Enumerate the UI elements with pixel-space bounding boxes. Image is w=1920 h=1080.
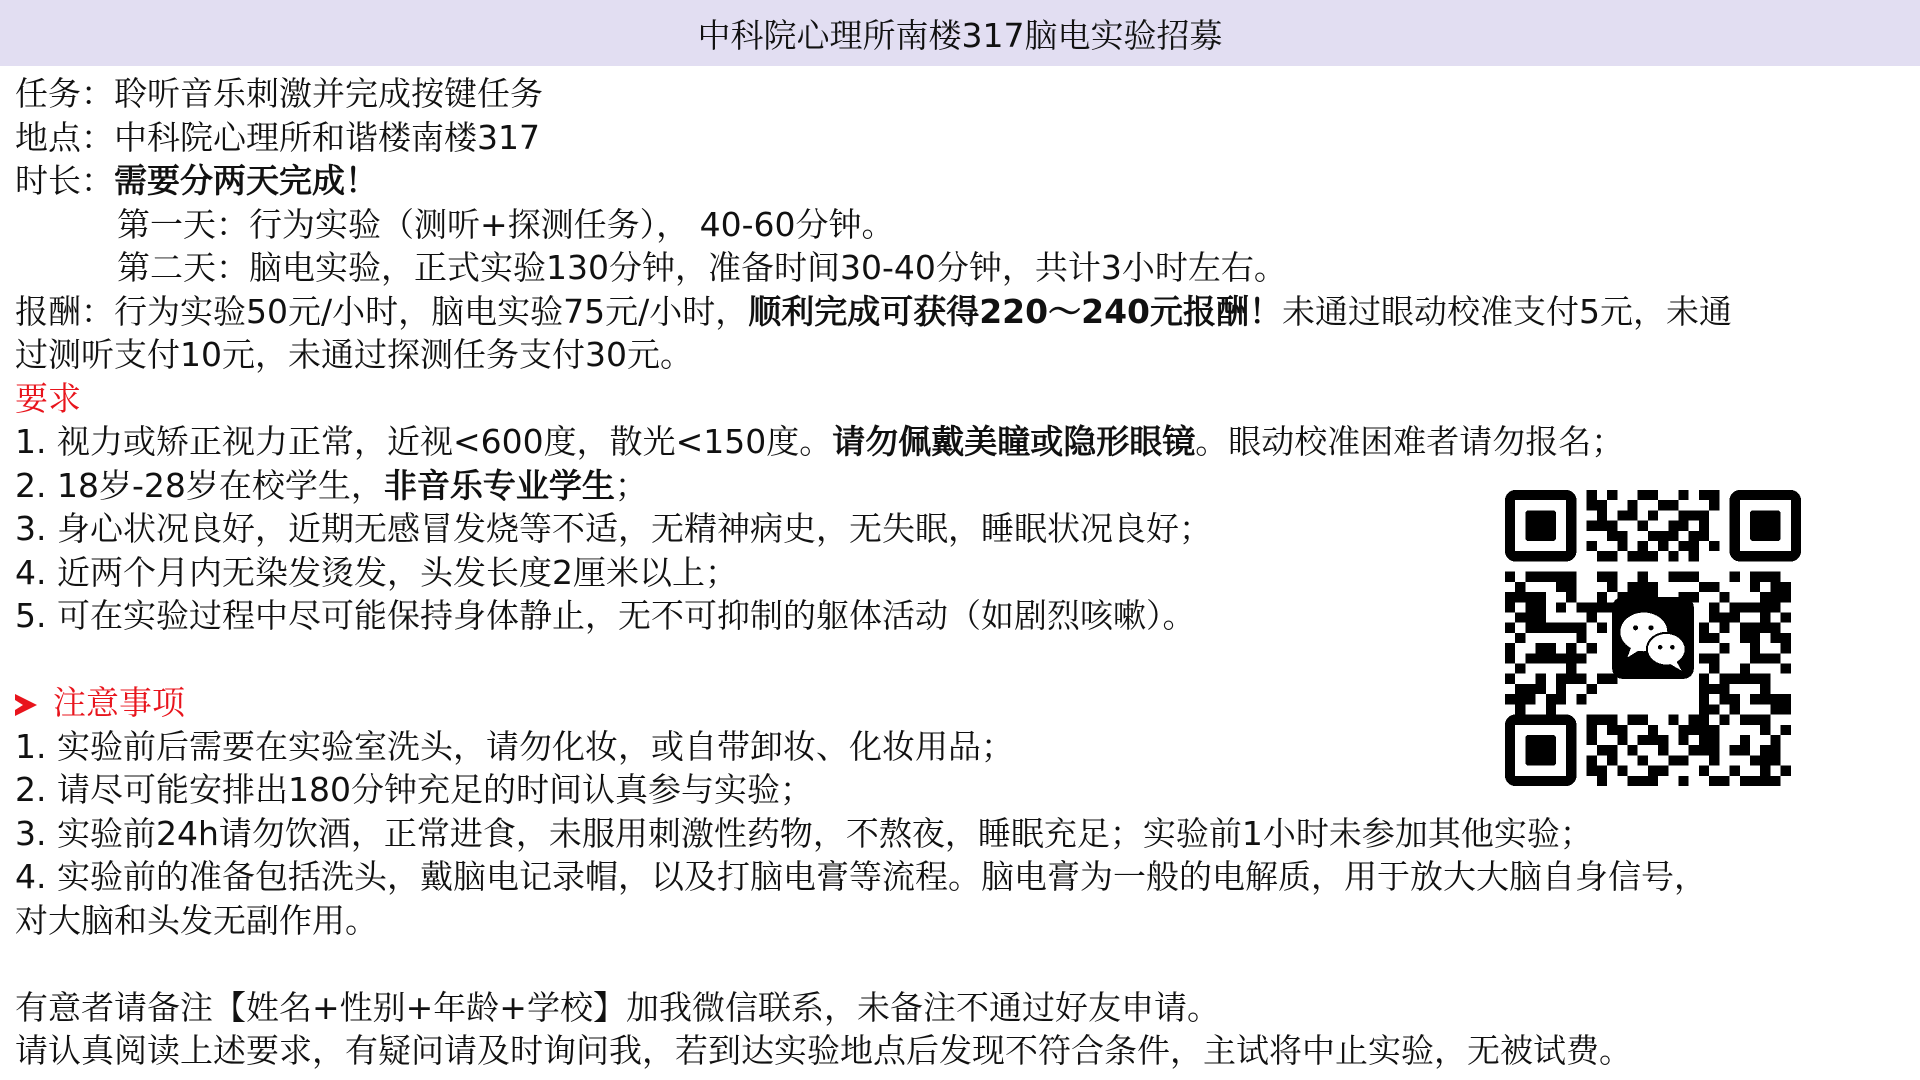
- task-value: 聆听音乐刺激并完成按键任务: [114, 74, 543, 113]
- requirement-item-1: 1. 视力或矫正视力正常，近视<600度，散光<150度。请勿佩戴美瞳或隐形眼镜…: [15, 420, 1905, 464]
- location-label: 地点：: [15, 118, 114, 157]
- reward-label: 报酬：: [15, 292, 114, 331]
- requirement-2-tail: ；: [615, 466, 648, 505]
- spacer: [15, 942, 1905, 986]
- duration-label: 时长：: [15, 161, 114, 200]
- note-item-3: 3. 实验前24h请勿饮酒，正常进食，未服用刺激性药物，不熬夜，睡眠充足；实验前…: [15, 812, 1905, 856]
- day1-line: 第一天：行为实验（测听+探测任务）， 40-60分钟。: [15, 203, 1905, 247]
- contact-line-1: 有意者请备注【姓名+性别+年龄+学校】加我微信联系，未备注不通过好友申请。: [15, 986, 1905, 1030]
- requirement-2-bold: 非音乐专业学生: [384, 466, 615, 505]
- contact-line-2: 请认真阅读上述要求，有疑问请及时询问我，若到达实验地点后发现不符合条件，主试将中…: [15, 1029, 1905, 1073]
- location-value: 中科院心理所和谐楼南楼317: [114, 118, 540, 157]
- duration-line: 时长：需要分两天完成！: [15, 159, 1905, 203]
- requirement-2-text: 2. 18岁-28岁在校学生，: [15, 466, 384, 505]
- requirement-1-tail: 。眼动校准困难者请勿报名；: [1195, 422, 1624, 461]
- requirements-heading: 要求: [15, 377, 1905, 421]
- task-label: 任务：: [15, 74, 114, 113]
- location-line: 地点：中科院心理所和谐楼南楼317: [15, 116, 1905, 160]
- reward-highlight: 顺利完成可获得220～240元报酬！: [748, 292, 1282, 331]
- page-header: 中科院心理所南楼317脑电实验招募: [0, 0, 1920, 66]
- duration-value: 需要分两天完成！: [114, 161, 378, 200]
- requirement-1-bold: 请勿佩戴美瞳或隐形眼镜: [832, 422, 1195, 461]
- reward-text-2: 未通过眼动校准支付5元，未通: [1282, 292, 1732, 331]
- reward-line-2: 过测听支付10元，未通过探测任务支付30元。: [15, 333, 1905, 377]
- task-line: 任务：聆听音乐刺激并完成按键任务: [15, 72, 1905, 116]
- page-title: 中科院心理所南楼317脑电实验招募: [698, 10, 1223, 57]
- note-item-4: 4. 实验前的准备包括洗头，戴脑电记录帽，以及打脑电膏等流程。脑电膏为一般的电解…: [15, 855, 1905, 899]
- day2-line: 第二天：脑电实验，正式实验130分钟，准备时间30-40分钟，共计3小时左右。: [15, 246, 1905, 290]
- reward-text-1: 行为实验50元/小时，脑电实验75元/小时，: [114, 292, 748, 331]
- requirement-1-text: 1. 视力或矫正视力正常，近视<600度，散光<150度。: [15, 422, 832, 461]
- notes-title: 注意事项: [53, 683, 185, 722]
- note-item-4-cont: 对大脑和头发无副作用。: [15, 899, 1905, 943]
- reward-line: 报酬：行为实验50元/小时，脑电实验75元/小时，顺利完成可获得220～240元…: [15, 290, 1905, 334]
- arrow-bullet-icon: [15, 694, 37, 716]
- wechat-qr-code-icon[interactable]: [1505, 490, 1801, 786]
